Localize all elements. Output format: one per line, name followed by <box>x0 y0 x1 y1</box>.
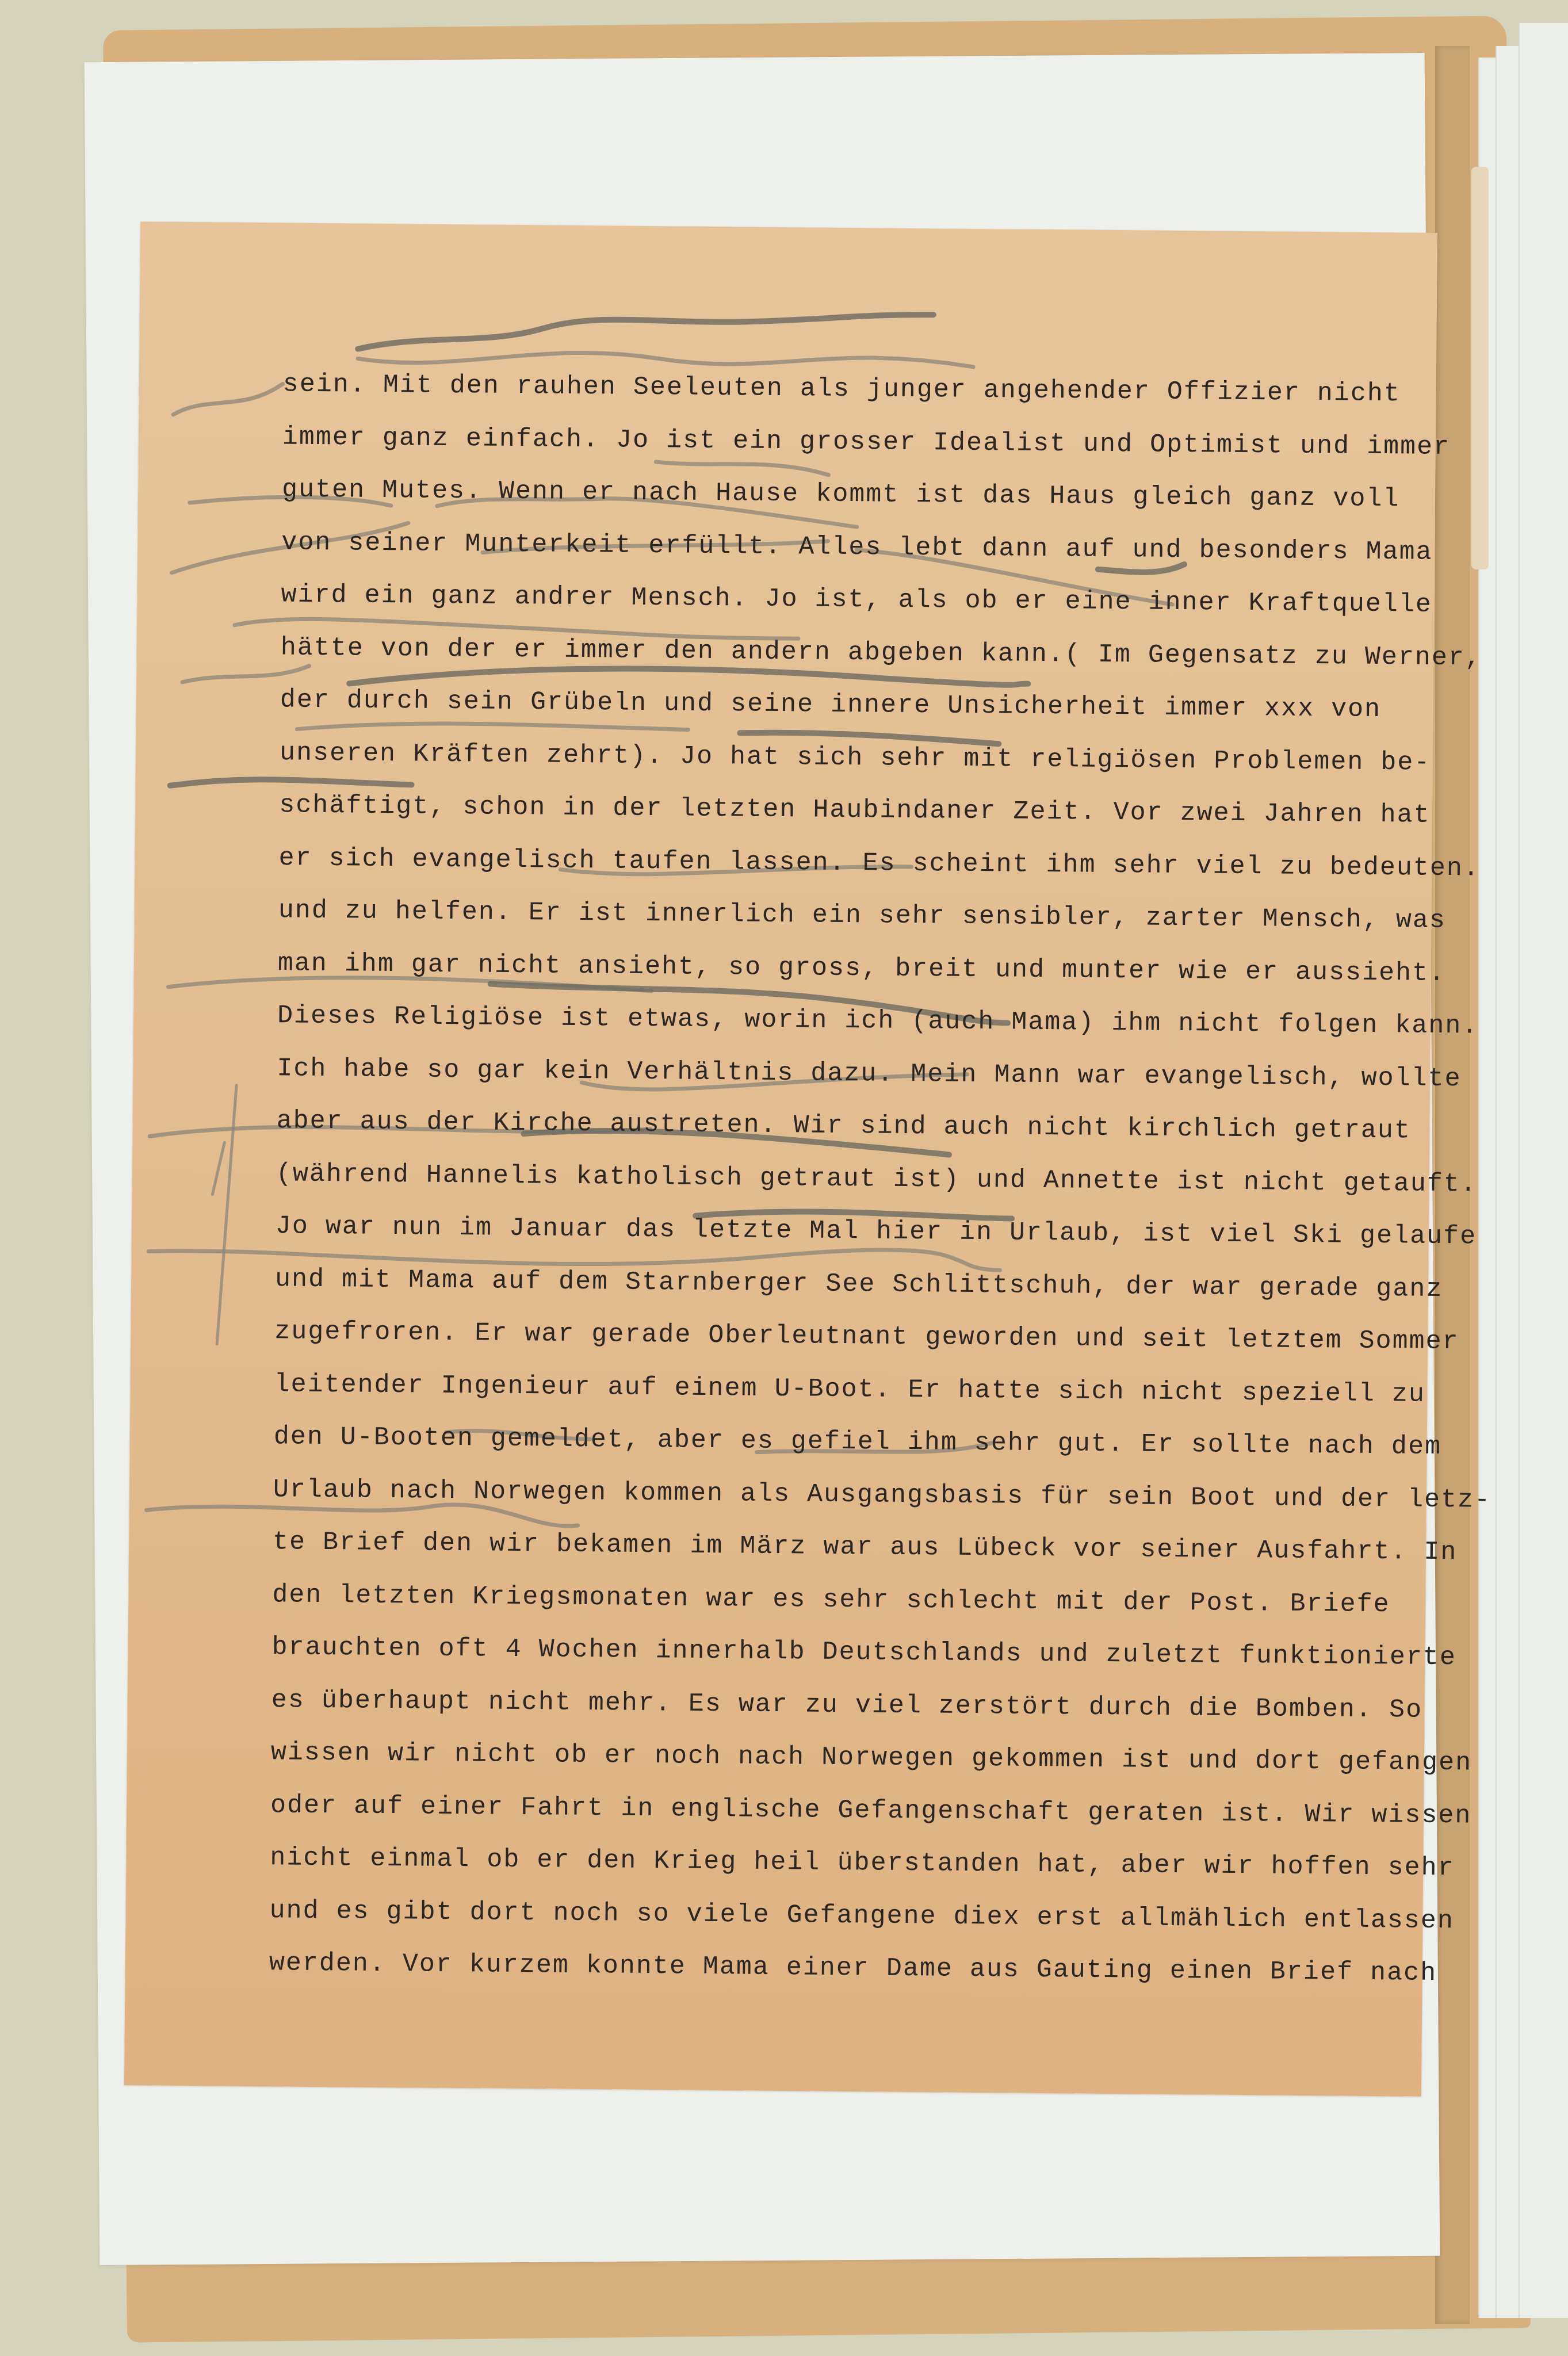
text-line: den U-Booten gemeldet, aber es gefiel ih… <box>273 1410 1413 1473</box>
text-line: und mit Mama auf dem Starnberger See Sch… <box>275 1253 1414 1315</box>
text-line: aber aus der Kirche austreten. Wir sind … <box>276 1095 1416 1157</box>
text-line: wissen wir nicht ob er noch nach Norwege… <box>271 1726 1410 1789</box>
typed-text-block: sein. Mit den rauhen Seeleuten als junge… <box>269 358 1422 1999</box>
text-line: man ihm gar nicht ansieht, so gross, bre… <box>278 937 1417 1000</box>
text-line: brauchten oft 4 Wochen innerhalb Deutsch… <box>271 1621 1411 1684</box>
text-line: es überhaupt nicht mehr. Es war zu viel … <box>271 1674 1410 1737</box>
text-line: sein. Mit den rauhen Seeleuten als junge… <box>282 358 1422 420</box>
text-line: Ich habe so gar kein Verhältnis dazu. Me… <box>277 1042 1416 1105</box>
text-line: immer ganz einfach. Jo ist ein grosser I… <box>282 411 1422 473</box>
text-line: er sich evangelisch taufen lassen. Es sc… <box>278 832 1418 894</box>
text-line: nicht einmal ob er den Krieg heil überst… <box>270 1831 1409 1894</box>
text-line: oder auf einer Fahrt in englische Gefang… <box>270 1779 1410 1842</box>
text-line: und zu helfen. Er ist innerlich ein sehr… <box>278 884 1417 947</box>
typewritten-page: sein. Mit den rauhen Seeleuten als junge… <box>124 221 1437 2097</box>
text-line: Urlaub nach Norwegen kommen als Ausgangs… <box>273 1463 1413 1526</box>
text-line: und es gibt dort noch so viele Gefangene… <box>269 1884 1409 1947</box>
text-line: Dieses Religiöse ist etwas, worin ich (a… <box>277 989 1417 1052</box>
text-line: unseren Kräften zehrt). Jo hat sich sehr… <box>280 726 1419 789</box>
text-line: zugefroren. Er war gerade Oberleutnant g… <box>274 1305 1414 1368</box>
text-line: guten Mutes. Wenn er nach Hause kommt is… <box>282 463 1421 526</box>
text-line: werden. Vor kurzem konnte Mama einer Dam… <box>269 1937 1408 1999</box>
text-line: von seiner Munterkeit erfüllt. Alles leb… <box>281 516 1421 579</box>
text-line: leitender Ingenieur auf einem U-Boot. Er… <box>274 1358 1413 1421</box>
text-line: schäftigt, schon in der letzten Haubinda… <box>279 779 1418 842</box>
stack-sheet <box>1519 23 1568 2318</box>
text-line: der durch sein Grübeln und seine innere … <box>280 674 1420 736</box>
text-line: Jo war nun im Januar das letzte Mal hier… <box>276 1200 1415 1263</box>
text-line: te Brief den wir bekamen im März war aus… <box>273 1516 1412 1578</box>
text-line: wird ein ganz andrer Mensch. Jo ist, als… <box>281 568 1420 631</box>
text-line: den letzten Kriegsmonaten war es sehr sc… <box>272 1569 1412 1631</box>
text-line: hätte von der er immer den andern abgebe… <box>280 621 1420 684</box>
folder-tie <box>1471 167 1489 569</box>
text-line: (während Hannelis katholisch getraut ist… <box>276 1148 1415 1210</box>
